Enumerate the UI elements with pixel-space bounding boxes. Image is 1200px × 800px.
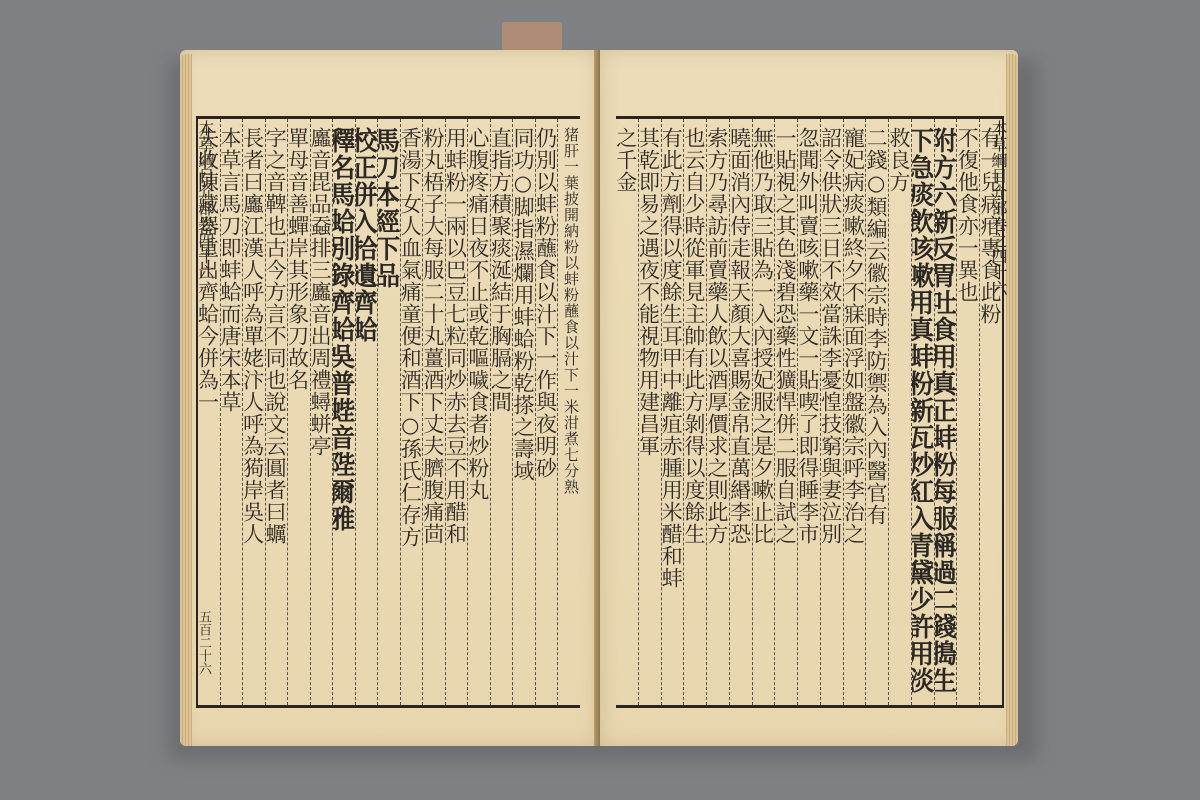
text-column: 有此方劑得以度餘生耳甲中離疽赤腫用米醋和蚌 — [661, 119, 684, 705]
text-column: 其乾即易之遇夜不能視物用建昌軍 — [638, 119, 661, 705]
text-column: 索方乃尋訪前賣藥人飲以酒厚價求之則此方 — [706, 119, 729, 705]
right-text-frame: 有一兒病疳專食此粉 不復他食亦一異也 附方六新反胃吐食用真正蚌粉每服稱過二錢搗生… — [616, 116, 1004, 708]
text-column: 同功○脚指濕爛用蚌蛤粉乾搽之壽域 — [512, 119, 535, 705]
text-column: 蠯音毘品䗞排三蠯音出周禮蟳蛢亭 — [310, 119, 333, 705]
entry-heading: 馬刀本經下品 — [377, 119, 400, 705]
page-stack-left-edge — [180, 54, 192, 746]
text-column: 有一兒病疳專食此粉 — [979, 119, 1002, 705]
text-column: 二錢○類編云徽宗時李防禦為入內醫官有 — [865, 119, 888, 705]
open-book: 本草綱目介部卷四十六 五百二十六 猪肝一葉披開納粉以蚌粉蘸食以汁下一米泔煮七分熟… — [180, 50, 1020, 750]
text-column: 猪肝一葉披開納粉以蚌粉蘸食以汁下一米泔煮七分熟 — [557, 119, 580, 705]
text-column: 字之音鞞也古今方言不同也說文云圓者曰蠣 — [265, 119, 288, 705]
text-column: 寵妃病痰嗽終夕不寐面浮如盤徽宗呼李治之 — [843, 119, 866, 705]
text-column: 之千金 — [616, 119, 638, 705]
text-column: 粉丸梧子大每服二十丸薑酒下丈夫臍腹痛茴 — [422, 119, 445, 705]
section-heading: 校正併入拾遺齊蛤 — [355, 119, 378, 705]
text-column: 本草言馬刀即蚌蛤而唐宋本草 — [220, 119, 243, 705]
text-column: 忽聞外叫賣咳嗽藥一文一貼喫了即得睡李市 — [797, 119, 820, 705]
text-column: 也云自少時從軍見主帥有此方剝得以度餘生 — [683, 119, 706, 705]
section-heading: 下急痰飲咳嗽用真蚌粉新瓦炒紅入青黛少許用淡虀水滴麻油數點調服 — [911, 119, 934, 705]
text-column: 香湯下女人血氣痛童便和酒下○孫氏仁存方 — [400, 119, 423, 705]
text-column: 用蚌粉一兩以巴豆七粒同炒赤去豆不用醋和 — [445, 119, 468, 705]
text-column: 一貼視之其色淺碧恐藥性獷悍併二服自試之 — [774, 119, 797, 705]
text-column: 長者曰蠯江漢人呼為單姥汴人呼為㺃岸吳人 — [242, 119, 265, 705]
text-column: 無他乃取三貼為一入內授妃服之是夕嗽止比 — [752, 119, 775, 705]
text-column: 不復他食亦一異也 — [956, 119, 979, 705]
text-column: 曉面消內侍走報天顏大喜賜金帛直萬緡李恐 — [729, 119, 752, 705]
text-column: 仍別以蚌粉蘸食以汁下一作與夜明砂 — [535, 119, 558, 705]
text-column: 詔令供狀三日不效當誅李憂惶技窮與妻泣別 — [820, 119, 843, 705]
text-column: 心腹疼痛日夜不止或乾嘔噦食者炒粉丸 — [467, 119, 490, 705]
left-text-frame: 猪肝一葉披開納粉以蚌粉蘸食以汁下一米泔煮七分熟 仍別以蚌粉蘸食以汁下一作與夜明砂… — [196, 116, 580, 708]
left-page: 本草綱目介部卷四十六 五百二十六 猪肝一葉披開納粉以蚌粉蘸食以汁下一米泔煮七分熟… — [180, 50, 598, 746]
right-columns: 有一兒病疳專食此粉 不復他食亦一異也 附方六新反胃吐食用真正蚌粉每服稱過二錢搗生… — [616, 119, 1002, 705]
section-heading: 附方六新反胃吐食用真正蚌粉每服稱過二錢搗生薑汁一盞再入米醋同調送 — [934, 119, 957, 705]
text-column: 失收陳藏器重出齊蛤今併為一 — [198, 119, 220, 705]
left-columns: 猪肝一葉披開納粉以蚌粉蘸食以汁下一米泔煮七分熟 仍別以蚌粉蘸食以汁下一作與夜明砂… — [198, 119, 580, 705]
text-column: 救良方 — [888, 119, 911, 705]
text-column: 直指方積聚痰涎結于胸膈之間 — [490, 119, 513, 705]
section-heading: 釋名馬蛤別錄齊蛤吳普蜌音陛爾雅 — [332, 119, 355, 705]
right-page: 本草綱目介部卷之四十六 有一兒病疳專食此粉 不復他食亦一異也 附方六新反胃吐食用… — [600, 50, 1018, 746]
text-column: 單母音善蟬岸其形象刀故名 — [287, 119, 310, 705]
